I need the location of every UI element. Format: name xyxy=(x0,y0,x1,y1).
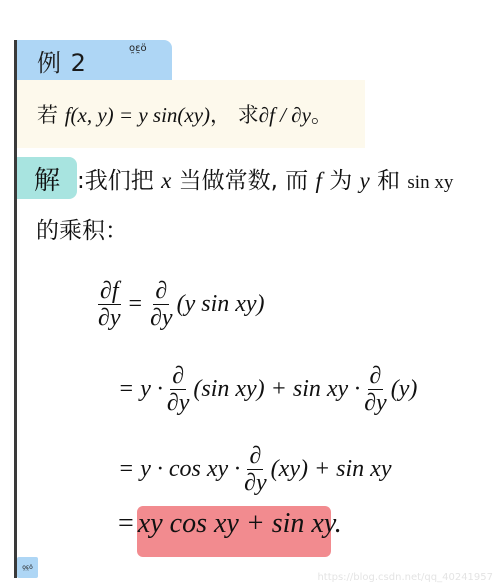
fraction-partial-operator: ∂ ∂y xyxy=(165,363,192,417)
example-label: 例 2 xyxy=(37,43,87,78)
equation-term: (xy) + sin xy xyxy=(271,456,392,483)
equation-term: (y) xyxy=(391,376,418,403)
math-var-y: y xyxy=(360,168,370,193)
fraction-partial-operator: ∂ ∂y xyxy=(362,363,389,417)
math-var-f: f xyxy=(316,168,322,193)
fraction-partial-operator: ∂ ∂y xyxy=(242,443,269,497)
fraction-partial-operator: ∂ ∂y xyxy=(148,278,175,332)
equation-term: (y sin xy) xyxy=(177,291,265,318)
equation-2: = y · ∂ ∂y (sin xy) + sin xy · ∂ ∂y (y) xyxy=(118,363,417,417)
question-box: 若 f(x, y) = y sin(xy)， 求∂f / ∂y。 xyxy=(17,80,365,148)
equation-4-result: = xy cos xy + sin xy. xyxy=(118,508,342,540)
question-separator: ， xyxy=(210,103,231,127)
question-text: 若 f(x, y) = y sin(xy)， 求∂f / ∂y。 xyxy=(37,99,332,129)
math-sin-xy: sin xy xyxy=(407,172,453,193)
solution-tag: 解 xyxy=(17,157,77,199)
equation-term: = y · cos xy · xyxy=(118,456,240,483)
watermark: https://blog.csdn.net/qq_40241957 xyxy=(317,572,493,583)
math-var-x: x xyxy=(161,168,171,193)
example-header: 例 2 ο̯ε̯ο̈ xyxy=(17,40,172,80)
solution-text: :我们把 xyxy=(77,168,154,194)
question-prefix: 若 xyxy=(37,103,58,127)
emoticon-icon: ο̯ε̯ο̈ xyxy=(17,557,38,578)
solution-text: 和 xyxy=(377,168,400,194)
equation-term: = y · xyxy=(118,376,163,403)
question-ask: 求 xyxy=(238,103,259,127)
fraction-df-dy: ∂f ∂y xyxy=(96,278,123,332)
emoticon-icon: ο̯ε̯ο̈ xyxy=(129,44,147,54)
function-definition: f(x, y) = y sin(xy) xyxy=(65,103,210,127)
question-end: 。 xyxy=(311,103,332,127)
question-target: ∂f / ∂y xyxy=(259,103,311,127)
solution-text: 而 xyxy=(285,168,308,194)
equation-3: = y · cos xy · ∂ ∂y (xy) + sin xy xyxy=(118,443,391,497)
equals-sign: = xyxy=(129,291,143,318)
solution-line-2: 的乘积： xyxy=(36,212,128,245)
solution-line-1: :我们把 x 当做常数, 而 f 为 y 和 sin xy xyxy=(77,162,453,195)
equation-term: (sin xy) + sin xy · xyxy=(193,376,360,403)
equation-1: ∂f ∂y = ∂ ∂y (y sin xy) xyxy=(94,278,265,332)
solution-text: 为 xyxy=(329,168,352,194)
final-result: xy cos xy + sin xy. xyxy=(138,508,342,540)
solution-text: 当做常数, xyxy=(179,168,278,194)
equals-sign: = xyxy=(118,508,134,540)
